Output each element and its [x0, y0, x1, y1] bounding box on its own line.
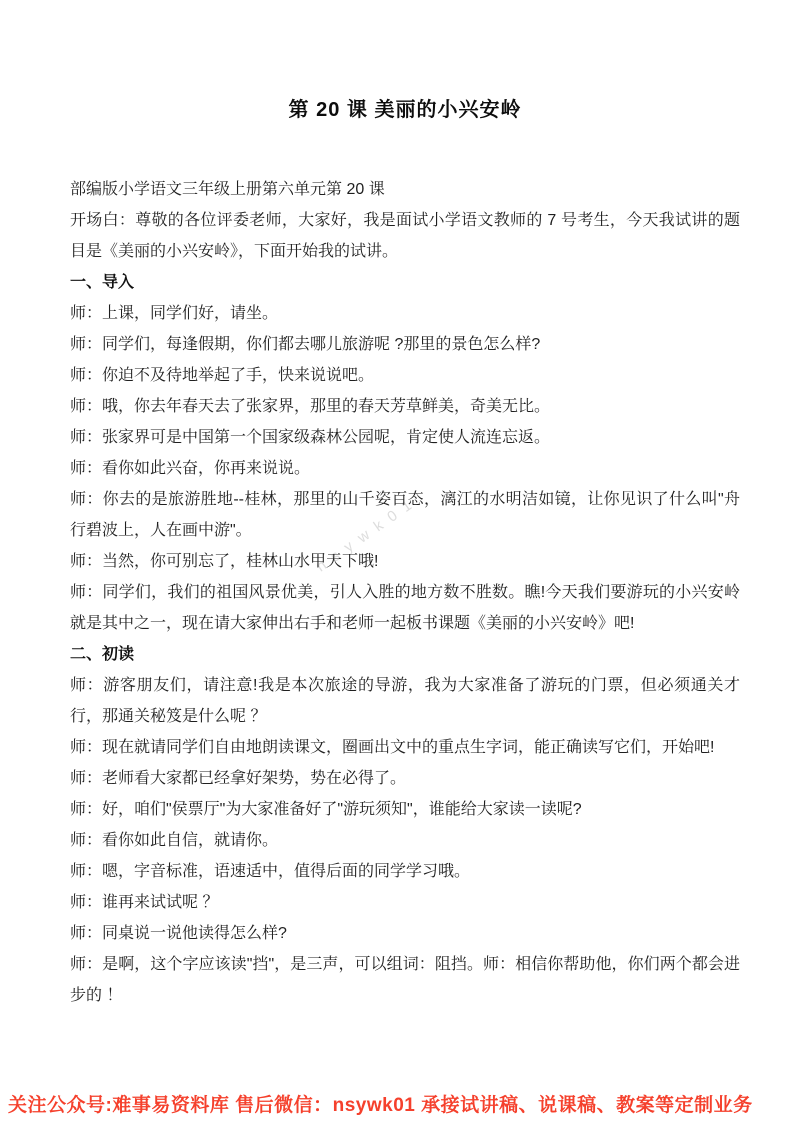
paragraph: 师：同学们，我们的祖国风景优美，引人入胜的地方数不胜数。瞧!今天我们要游玩的小兴…	[70, 577, 740, 639]
paragraph: 师：谁再来试试呢 ？	[70, 887, 740, 918]
document-content: 第 20 课 美丽的小兴安岭 部编版小学语文三年级上册第六单元第 20 课开场白…	[70, 96, 740, 1011]
paragraph: 师：你去的是旅游胜地--桂林，那里的山千姿百态，漓江的水明洁如镜，让你见识了什么…	[70, 484, 740, 546]
paragraph: 师：看你如此自信，就请你。	[70, 825, 740, 856]
page-title: 第 20 课 美丽的小兴安岭	[70, 96, 740, 125]
paragraph: 师：哦，你去年春天去了张家界，那里的春天芳草鲜美，奇美无比。	[70, 391, 740, 422]
section-heading: 二、初读	[70, 639, 740, 670]
paragraph: 部编版小学语文三年级上册第六单元第 20 课	[70, 174, 740, 205]
footer-banner: 关注公众号:难事易资料库 售后微信：nsywk01 承接试讲稿、说课稿、教案等定…	[0, 1092, 793, 1120]
paragraph: 师：当然，你可别忘了，桂林山水甲天下哦!	[70, 546, 740, 577]
paragraph: 师：你迫不及待地举起了手，快来说说吧。	[70, 360, 740, 391]
document-page: nsywk01 第 20 课 美丽的小兴安岭 部编版小学语文三年级上册第六单元第…	[0, 0, 793, 1122]
paragraph: 师：嗯，字音标准，语速适中，值得后面的同学学习哦。	[70, 856, 740, 887]
paragraph: 师：老师看大家都已经拿好架势，势在必得了。	[70, 763, 740, 794]
paragraph: 师：游客朋友们，请注意!我是本次旅途的导游，我为大家准备了游玩的门票，但必须通关…	[70, 670, 740, 732]
paragraph: 师：张家界可是中国第一个国家级森林公园呢，肯定使人流连忘返。	[70, 422, 740, 453]
paragraph: 师：同学们，每逢假期，你们都去哪儿旅游呢 ?那里的景色怎么样?	[70, 329, 740, 360]
document-body: 部编版小学语文三年级上册第六单元第 20 课开场白：尊敬的各位评委老师，大家好，…	[70, 174, 740, 1011]
paragraph: 师：看你如此兴奋，你再来说说。	[70, 453, 740, 484]
paragraph: 师：是啊，这个字应该读"挡"，是三声，可以组词：阻挡。师：相信你帮助他，你们两个…	[70, 949, 740, 1011]
section-heading: 一、导入	[70, 267, 740, 298]
paragraph: 师：现在就请同学们自由地朗读课文，圈画出文中的重点生字词，能正确读写它们，开始吧…	[70, 732, 740, 763]
paragraph: 师：同桌说一说他读得怎么样?	[70, 918, 740, 949]
paragraph: 师：上课，同学们好，请坐。	[70, 298, 740, 329]
paragraph: 开场白：尊敬的各位评委老师，大家好，我是面试小学语文教师的 7 号考生，今天我试…	[70, 205, 740, 267]
paragraph: 师：好，咱们"侯票厅"为大家准备好了"游玩须知"，谁能给大家读一读呢?	[70, 794, 740, 825]
